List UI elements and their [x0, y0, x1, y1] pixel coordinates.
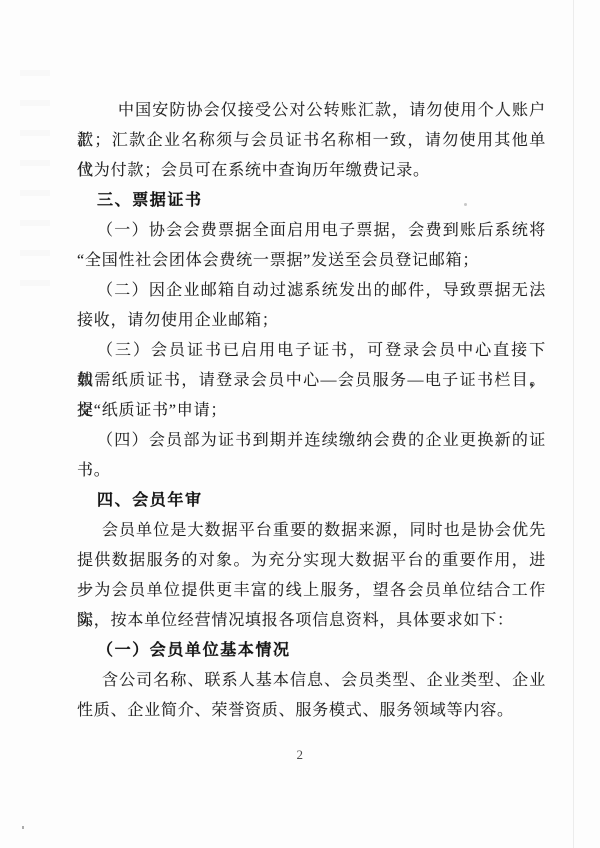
- subsection-heading-member-basic-info: （一）会员单位基本情况: [77, 636, 546, 666]
- text-line: 书。: [77, 456, 546, 486]
- scan-streak-artifact: [20, 70, 50, 290]
- text-line: 含公司名称、联系人基本信息、会员类型、企业类型、企业: [77, 666, 546, 696]
- text-line: （二）因企业邮箱自动过滤系统发出的邮件，导致票据无法: [77, 276, 546, 306]
- scan-edge-line: [573, 0, 574, 848]
- text-line: 代为付款；会员可在系统中查询历年缴费记录。: [77, 156, 546, 186]
- text-line: 会员单位是大数据平台重要的数据来源，同时也是协会优先: [77, 516, 546, 546]
- text-line: （三）会员证书已启用电子证书，可登录会员中心直接下载。: [77, 336, 546, 366]
- text-line: 中国安防协会仅接受公对公转账汇款，请勿使用个人账户汇: [77, 96, 546, 126]
- document-text-block: 中国安防协会仅接受公对公转账汇款，请勿使用个人账户汇 款；汇款企业名称须与会员证…: [77, 96, 546, 726]
- text-line: 交“纸质证书”申请；: [77, 396, 546, 426]
- section-heading-member-annual-review: 四、会员年审: [77, 486, 546, 516]
- text-line: （一）协会会费票据全面启用电子票据，会费到账后系统将: [77, 216, 546, 246]
- text-line: 如需纸质证书，请登录会员中心—会员服务—电子证书栏目，提: [77, 366, 546, 396]
- text-line: 接收，请勿使用企业邮箱；: [77, 306, 546, 336]
- text-line: 款；汇款企业名称须与会员证书名称相一致，请勿使用其他单位: [77, 126, 546, 156]
- page-number: 2: [0, 747, 600, 763]
- section-heading-invoice-certificate: 三、票据证书: [77, 186, 546, 216]
- scanned-document-page: 中国安防协会仅接受公对公转账汇款，请勿使用个人账户汇 款；汇款企业名称须与会员证…: [0, 0, 600, 848]
- text-line: 性质、企业简介、荣誉资质、服务模式、服务领域等内容。: [77, 696, 546, 726]
- scan-speck: [22, 826, 24, 829]
- text-line: （四）会员部为证书到期并连续缴纳会费的企业更换新的证: [77, 426, 546, 456]
- text-line: “全国性社会团体会费统一票据”发送至会员登记邮箱；: [77, 246, 546, 276]
- text-line: 提供数据服务的对象。为充分实现大数据平台的重要作用，进一: [77, 546, 546, 576]
- text-line: 步为会员单位提供更丰富的线上服务，望各会员单位结合工作实: [77, 576, 546, 606]
- text-line: 际，按本单位经营情况填报各项信息资料，具体要求如下：: [77, 606, 546, 636]
